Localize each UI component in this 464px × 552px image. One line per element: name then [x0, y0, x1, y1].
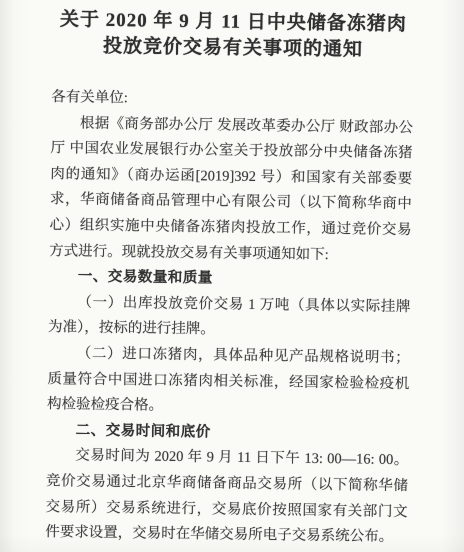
section-2-paragraph-1: 交易时间为 2020 年 9 月 11 日下午 13: 00—16: 00。竞价…: [45, 443, 408, 550]
intro-paragraph: 根据《商务部办公厅 发展改革委办公厅 财政部办公厅 中国农业发展银行办公室关于投…: [49, 111, 413, 270]
section-1-paragraph-1: （一）出库投放竞价交易 1 万吨（具体以实际挂牌为准），按标的进行挂牌。: [48, 290, 411, 346]
document-body: 各有关单位: 根据《商务部办公厅 发展改革委办公厅 财政部办公厅 中国农业发展银…: [45, 85, 413, 551]
notice-page: 关于 2020 年 9 月 11 日中央储备冻猪肉 投放竞价交易有关事项的通知 …: [0, 0, 464, 552]
page-content: 关于 2020 年 9 月 11 日中央储备冻猪肉 投放竞价交易有关事项的通知 …: [0, 0, 464, 552]
title-line-2: 投放竞价交易有关事项的通知: [52, 33, 414, 64]
section-1-paragraph-2: （二）进口冻猪肉，具体品种见产品规格说明书；质量符合中国进口冻猪肉相关标准，经国…: [47, 341, 410, 423]
document-title: 关于 2020 年 9 月 11 日中央储备冻猪肉 投放竞价交易有关事项的通知: [52, 7, 415, 64]
